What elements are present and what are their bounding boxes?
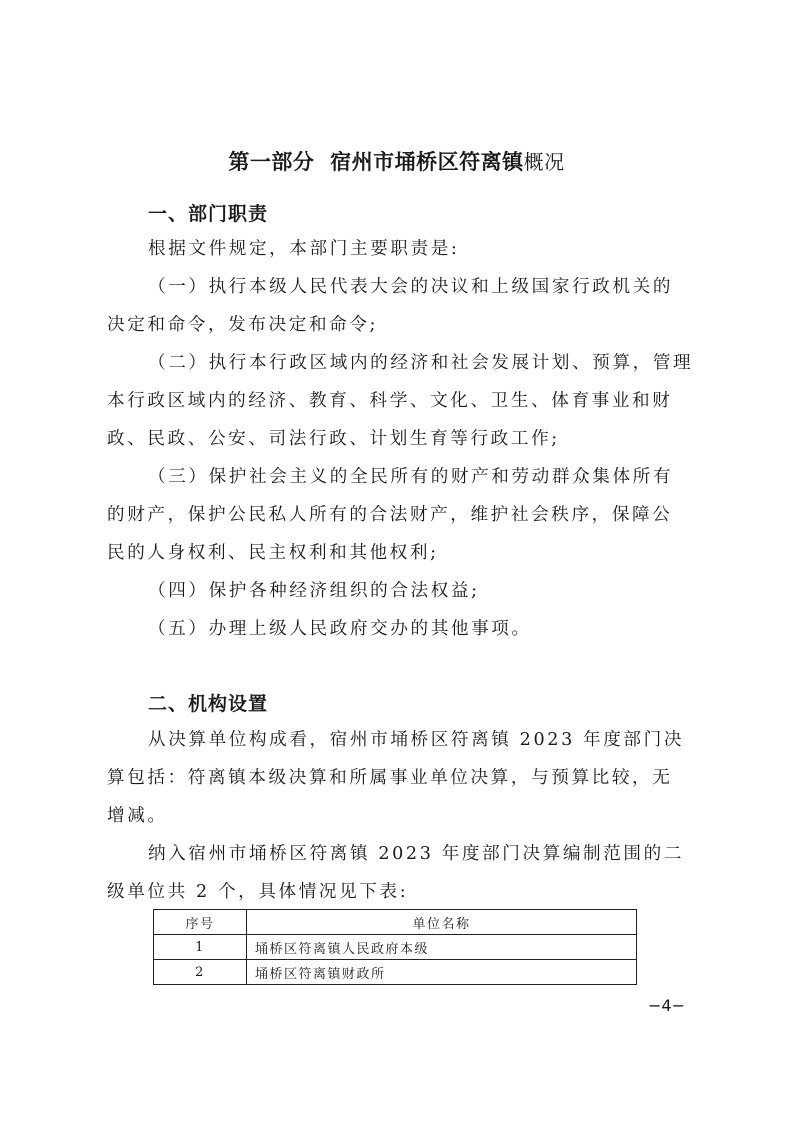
paragraph-line: （三）保护社会主义的全民所有的财产和劳动群众集体所有	[148, 463, 708, 488]
title-main: 宿州市埇桥区符离镇	[330, 150, 524, 174]
paragraph-line: 增减。	[107, 802, 667, 827]
paragraph-line: 本行政区域内的经济、教育、科学、文化、卫生、体育事业和财	[107, 387, 667, 412]
paragraph-line: （一）执行本级人民代表大会的决议和上级国家行政机关的	[148, 273, 708, 298]
paragraph-line: 政、民政、公安、司法行政、计划生育等行政工作;	[107, 425, 667, 450]
table-row: 1 埇桥区符离镇人民政府本级	[154, 935, 637, 960]
cell-index: 1	[154, 935, 247, 960]
paragraph-line: 纳入宿州市埇桥区符离镇 2023 年度部门决算编制范围的二	[148, 840, 708, 865]
page-number: −4−	[648, 996, 685, 1015]
title-prefix: 第一部分	[228, 150, 314, 174]
paragraph-line: 根据文件规定，本部门主要职责是:	[148, 235, 708, 260]
paragraph-line: 民的人身权利、民主权利和其他权利;	[107, 539, 667, 564]
column-header-index: 序号	[154, 910, 247, 935]
paragraph-line: 算包括：符离镇本级决算和所属事业单位决算，与预算比较，无	[107, 764, 667, 789]
cell-index: 2	[154, 960, 247, 985]
paragraph-line: 从决算单位构成看，宿州市埇桥区符离镇 2023 年度部门决	[148, 726, 708, 751]
cell-unit-name: 埇桥区符离镇人民政府本级	[247, 935, 637, 960]
paragraph-line: （二）执行本行政区域内的经济和社会发展计划、预算，管理	[148, 349, 708, 374]
paragraph-line: 的财产，保护公民私人所有的合法财产，维护社会秩序，保障公	[107, 501, 667, 526]
units-table: 序号 单位名称 1 埇桥区符离镇人民政府本级 2 埇桥区符离镇财政所	[153, 909, 637, 985]
cell-unit-name: 埇桥区符离镇财政所	[247, 960, 637, 985]
paragraph-line: 决定和命令，发布决定和命令;	[107, 311, 667, 336]
column-header-unit-name: 单位名称	[247, 910, 637, 935]
section-heading-duties: 一、部门职责	[148, 199, 268, 226]
title-suffix: 概况	[524, 150, 565, 174]
paragraph-line: （五）办理上级人民政府交办的其他事项。	[148, 615, 708, 640]
table-row: 2 埇桥区符离镇财政所	[154, 960, 637, 985]
table-header-row: 序号 单位名称	[154, 910, 637, 935]
paragraph-line: （四）保护各种经济组织的合法权益;	[148, 577, 708, 602]
page-title: 第一部分 宿州市埇桥区符离镇概况	[0, 146, 793, 176]
section-heading-structure: 二、机构设置	[148, 689, 268, 716]
paragraph-line: 级单位共 2 个，具体情况见下表:	[107, 878, 667, 903]
document-page: 第一部分 宿州市埇桥区符离镇概况 一、部门职责 根据文件规定，本部门主要职责是:…	[0, 0, 793, 1122]
